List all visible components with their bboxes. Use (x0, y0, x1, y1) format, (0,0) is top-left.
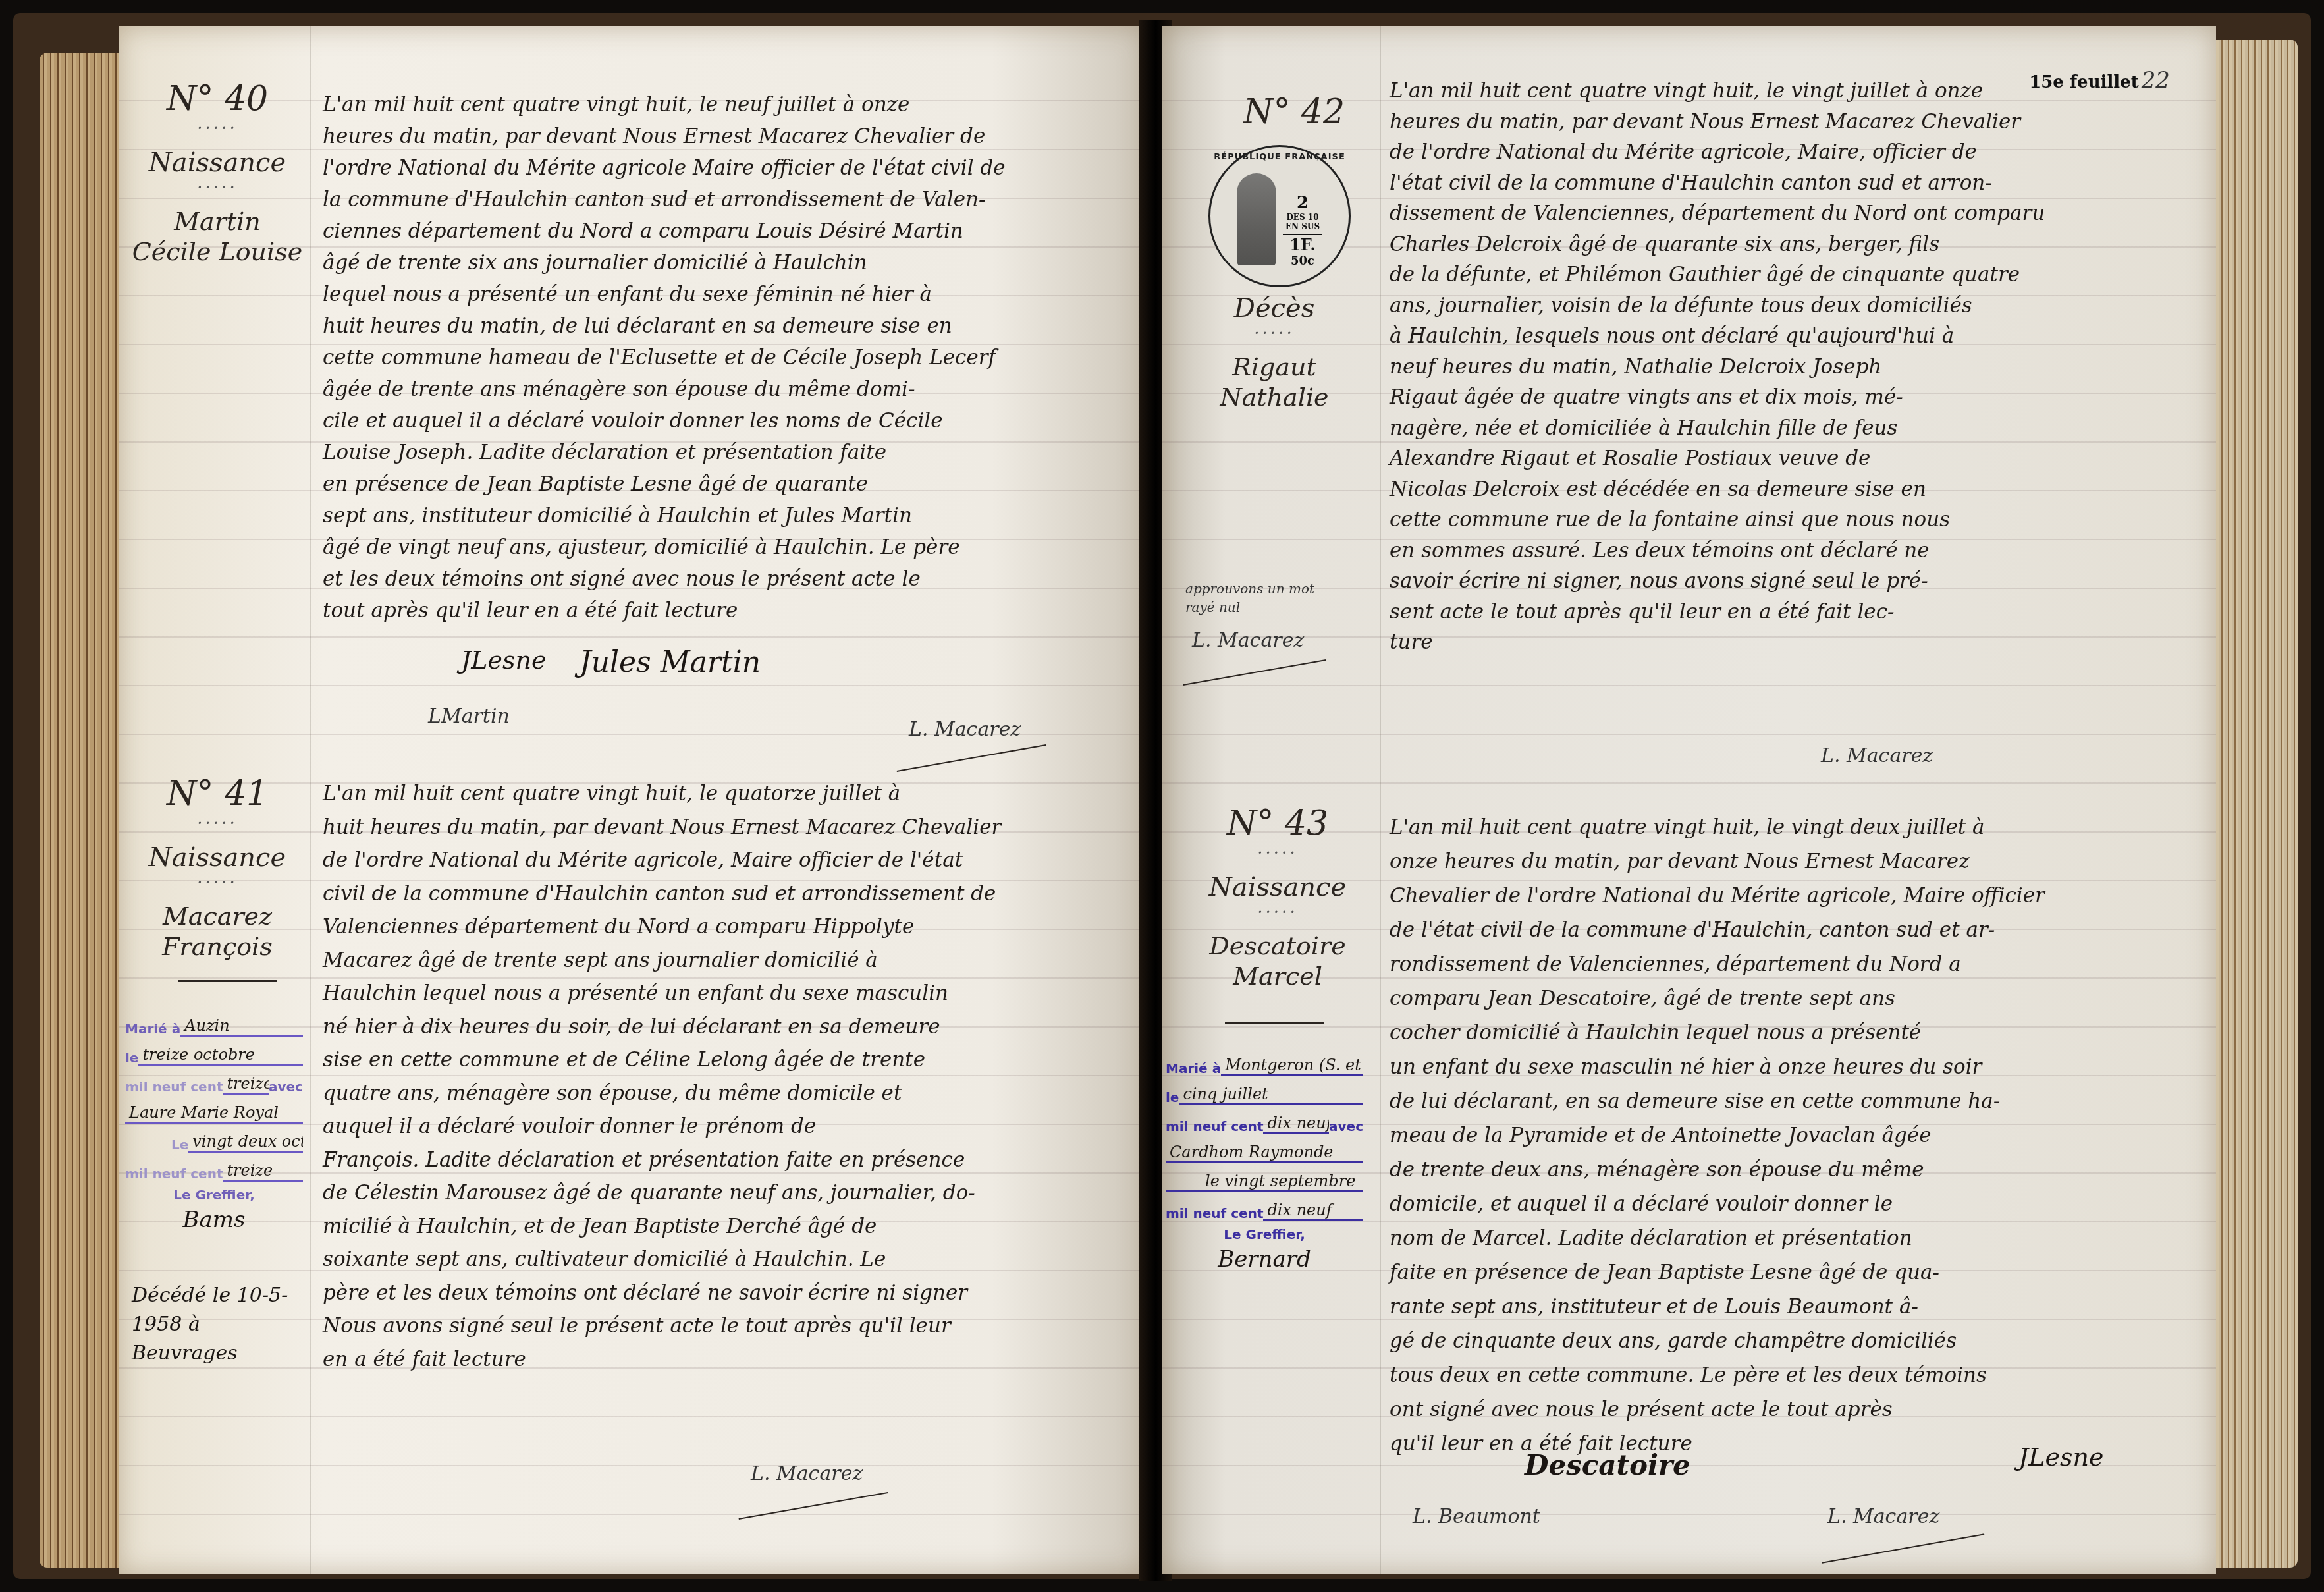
label-year: mil neuf cent (1166, 1118, 1263, 1134)
entry-40-heading: N° 40 ····· Naissance ····· Martin Cécil… (132, 79, 303, 267)
recorded-date: le vingt septembre (1166, 1172, 1363, 1192)
signature-mayor: L. Macarez (751, 1462, 863, 1485)
greffier-signature: Bernard (1166, 1246, 1363, 1273)
divider-dots: ····· (1189, 843, 1366, 863)
label-year: mil neuf cent (125, 1166, 223, 1182)
entry-42-text: L'an mil huit cent quatre vingt huit, le… (1390, 76, 2200, 658)
stamp-ring-text: RÉPUBLIQUE FRANÇAISE (1210, 152, 1349, 162)
signature-lesne: JLesne (461, 645, 546, 674)
signature-beaumont: L. Beaumont (1413, 1505, 1540, 1528)
right-page: 15e feuillet22 N° 42 RÉPUBLIQUE FRANÇAIS… (1162, 26, 2216, 1574)
divider-dots: ····· (132, 873, 303, 892)
register-book: N° 40 ····· Naissance ····· Martin Cécil… (13, 13, 2311, 1579)
death-note: Décédé le 10-5- 1958 à Beuvrages (132, 1281, 310, 1368)
entry-subject-name: Martin Cécile Louise (132, 207, 303, 267)
label-le: Le (171, 1137, 188, 1153)
signature-jules-martin: Jules Martin (580, 645, 761, 679)
recorded-year: dix neuf (1263, 1201, 1363, 1221)
fiscal-stamp: RÉPUBLIQUE FRANÇAISE 2 DES 10 EN SUS 1F.… (1208, 145, 1351, 287)
entry-41-heading: N° 41 ····· Naissance ····· Macarez Fran… (132, 774, 303, 962)
greffier-label: Le Greffier, (125, 1187, 303, 1203)
stamp-price-top: 2 (1283, 193, 1322, 213)
label-on: le (125, 1050, 138, 1066)
label-year: mil neuf cent (1166, 1205, 1263, 1221)
margin-approval-note: approuvons un mot rayé nul (1185, 580, 1363, 617)
signature-lesne: JLesne (2018, 1442, 2103, 1471)
heading-underline (1225, 1022, 1324, 1024)
marianne-figure-icon (1237, 173, 1276, 265)
entry-subject-name: Descatoire Marcel (1189, 931, 1366, 991)
recorded-date: vingt deux octobre (188, 1132, 303, 1153)
stamp-price-cents: 50c (1283, 254, 1322, 268)
entry-type: Décès (1189, 293, 1360, 323)
marriage-mention-43: Marié àMontgeron (S. et O.) lecinq juill… (1166, 1047, 1363, 1273)
marriage-mention-41: Marié àAuzin letreize octobre mil neuf c… (125, 1008, 303, 1233)
entry-42-number: N° 42 (1222, 92, 1366, 132)
entry-number: N° 43 (1189, 804, 1366, 843)
entry-43-heading: N° 43 ····· Naissance ····· Descatoire M… (1189, 804, 1366, 991)
stamp-price-sub: DES 10 EN SUS (1283, 213, 1322, 231)
signature-mayor: L. Macarez (909, 718, 1021, 741)
entry-type: Naissance (1189, 872, 1366, 902)
entry-subject-name: Macarez François (132, 902, 303, 962)
married-place: Montgeron (S. et O.) (1221, 1056, 1363, 1076)
signature-mayor: L. Macarez (1827, 1505, 1939, 1528)
greffier-label: Le Greffier, (1166, 1226, 1363, 1242)
entry-41-text: L'an mil huit cent quatre vingt huit, le… (323, 777, 1139, 1376)
recorded-year: treize (223, 1161, 303, 1182)
label-with: avec (269, 1079, 303, 1095)
divider-dots: ····· (132, 178, 303, 198)
divider-dots: ····· (132, 119, 303, 138)
label-with: avec (1329, 1118, 1363, 1134)
spouse-name: Laure Marie Royal (125, 1103, 303, 1124)
entry-40-text: L'an mil huit cent quatre vingt huit, le… (323, 89, 1139, 626)
divider-dots: ····· (1189, 323, 1360, 343)
entry-number: N° 40 (132, 79, 303, 119)
signature-martin: LMartin (428, 705, 510, 728)
label-married-at: Marié à (125, 1021, 180, 1037)
married-year: treize (223, 1074, 269, 1095)
entry-type: Naissance (132, 148, 303, 178)
signature-descatoire: Descatoire (1525, 1449, 1690, 1481)
entry-43-text: L'an mil huit cent quatre vingt huit, le… (1390, 810, 2200, 1461)
divider-dots: ····· (1189, 902, 1366, 922)
married-date: treize octobre (138, 1045, 303, 1066)
entry-type: Naissance (132, 842, 303, 873)
left-page: N° 40 ····· Naissance ····· Martin Cécil… (119, 26, 1146, 1574)
margin-signature: L. Macarez (1192, 629, 1304, 652)
greffier-signature: Bams (125, 1207, 303, 1233)
entry-number: N° 41 (132, 774, 303, 813)
married-year: dix neuf (1263, 1114, 1329, 1134)
married-place: Auzin (180, 1016, 303, 1037)
divider-dots: ····· (132, 813, 303, 833)
label-on: le (1166, 1089, 1179, 1105)
heading-underline (178, 980, 277, 982)
spouse-name: Cardhom Raymonde (1166, 1143, 1363, 1163)
married-date: cinq juillet (1179, 1085, 1363, 1105)
label-married-at: Marié à (1166, 1060, 1221, 1076)
entry-number: N° 42 (1222, 92, 1366, 132)
stamp-price-main: 1F. (1283, 234, 1322, 254)
entry-42-heading: Décès ····· Rigaut Nathalie (1189, 293, 1360, 412)
stamp-price: 2 DES 10 EN SUS 1F. 50c (1283, 193, 1322, 268)
label-year: mil neuf cent (125, 1079, 223, 1095)
book-page-edges-left (40, 53, 119, 1568)
entry-subject-name: Rigaut Nathalie (1189, 352, 1360, 412)
signature-mayor: L. Macarez (1821, 744, 1933, 767)
